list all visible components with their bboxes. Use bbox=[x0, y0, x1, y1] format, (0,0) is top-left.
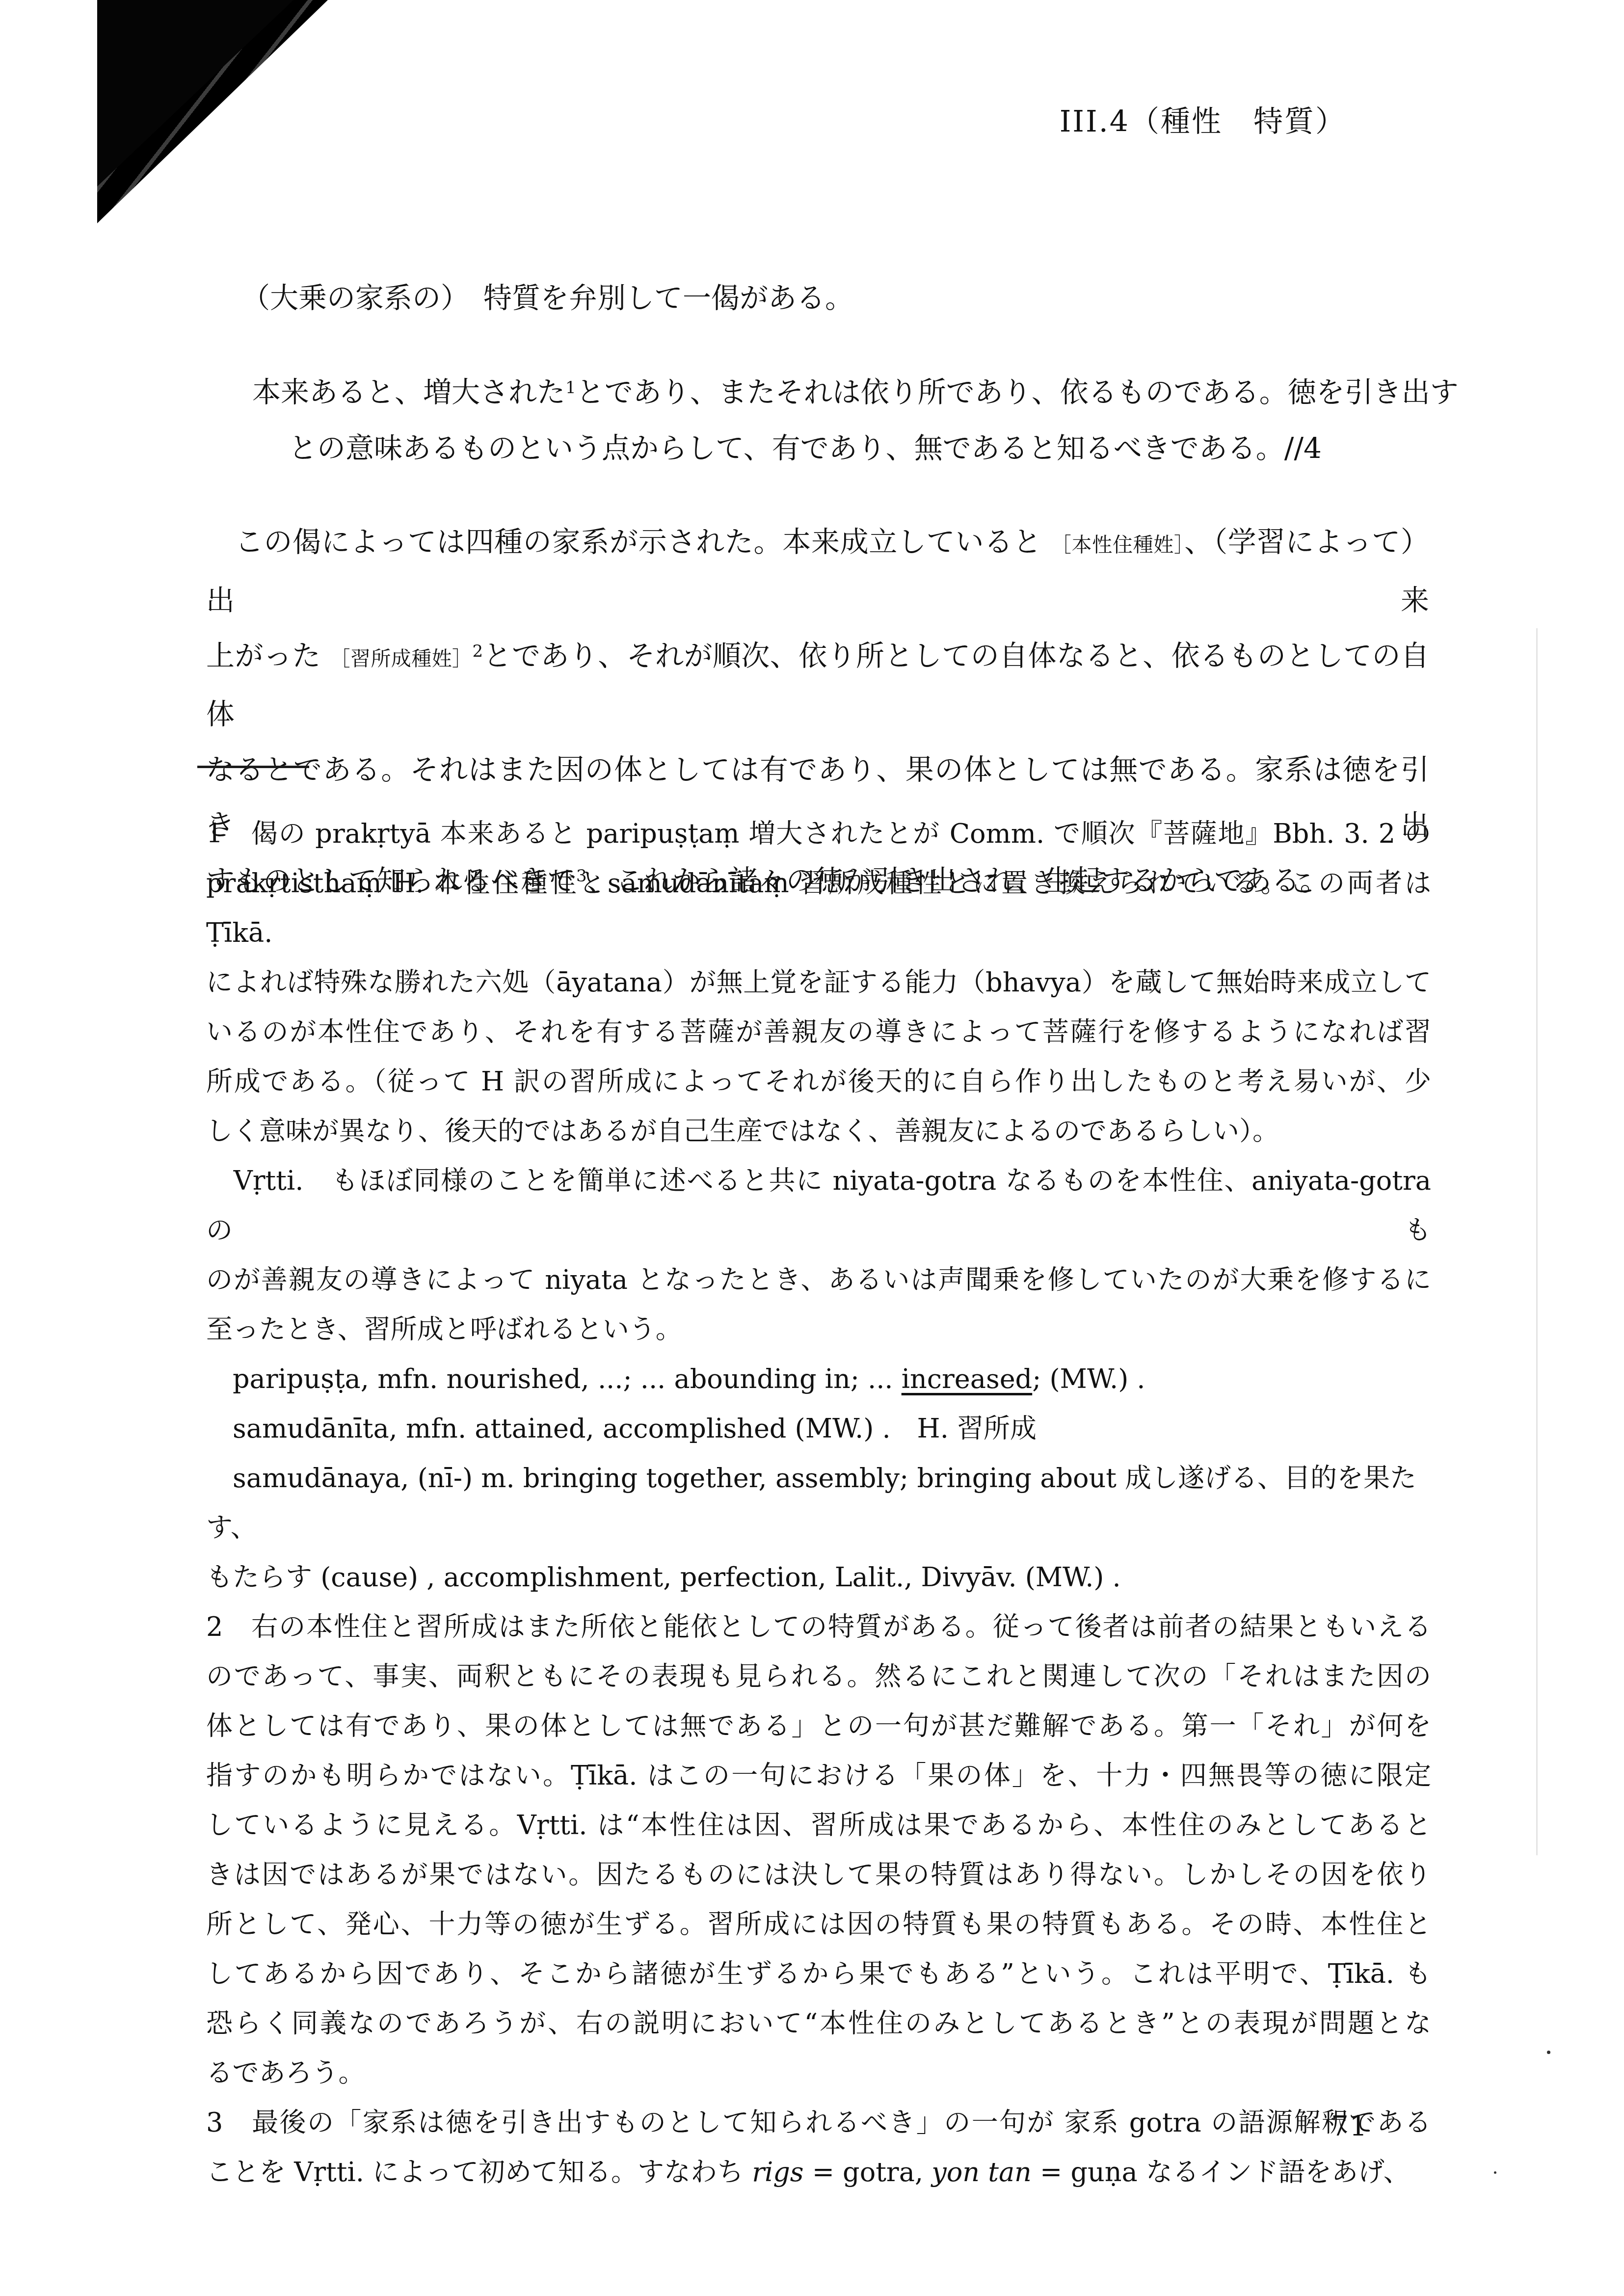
footnote1-line-2: prakṛtisthaṃ H. 本性住種性とsamudānītaṃ 習所成種性と… bbox=[206, 858, 1431, 958]
page-crease-line bbox=[1536, 628, 1538, 1855]
dictionary-entry-text: paripuṣṭa, mfn. nourished, ...; ... abou… bbox=[206, 1363, 902, 1394]
scan-corner-artifact-core bbox=[97, 0, 293, 187]
footnote3-line-2: ことを Vṛtti. によって初めて知る。すなわち rigs = gotra, … bbox=[206, 2147, 1431, 2197]
tibetan-term-yon-tan: yon tan bbox=[932, 2157, 1032, 2188]
verse-line-2: との意味あるものという点からして、有であり、無であると知るべきである。//4 bbox=[289, 425, 1322, 466]
footnotes-block: 1 偈の prakṛtyā 本来あると paripuṣṭaṃ 増大されたとが C… bbox=[206, 809, 1431, 2197]
footnote-ref-1: 1 bbox=[565, 378, 576, 398]
footnote1-line-8: のが善親友の導きによって niyata となったとき、あるいは声聞乗を修していた… bbox=[206, 1255, 1431, 1305]
footnote2-line-3: 体としては有であり、果の体としては無である」との一句が甚だ難解である。第一「それ… bbox=[206, 1701, 1431, 1751]
footnote-separator-rule bbox=[197, 766, 309, 768]
footnote2-line-6: きは因ではあるが果ではない。因たるものには決して果の特質はあり得ない。しかしその… bbox=[206, 1850, 1431, 1899]
footnote1-line-12: samudānaya, (nī-) m. bringing together, … bbox=[206, 1453, 1431, 1552]
underlined-gloss-increased: increased bbox=[902, 1363, 1033, 1394]
main-paragraph-line-1: この偈によっては四種の家系が示された。本来成立していると ［本性住種姓］、（学習… bbox=[206, 514, 1429, 628]
footnote2-line-8: してあるから因であり、そこから諸徳が生ずるから果でもある”という。これは平明で、… bbox=[206, 1949, 1431, 1999]
verse-line-1-text-cont: とであり、またそれは依り所であり、依るものである。徳を引き出す bbox=[576, 375, 1459, 409]
footnote1-line-11: samudānīta, mfn. attained, accomplished … bbox=[206, 1404, 1431, 1453]
footnote2-line-9: 恐らく同義なのであろうが、右の説明において“本性住のみとしてあるとき”との表現が… bbox=[206, 1999, 1431, 2048]
intro-sentence: （大乗の家系の） 特質を弁別して一偈がある。 bbox=[241, 275, 853, 316]
footnote1-line-5: 所成である。（従って H 訳の習所成によってそれが後天的に自ら作り出したものと考… bbox=[206, 1057, 1431, 1106]
footnote1-line-3: によれば特殊な勝れた六処（āyatana）が無上覚を証する能力（bhavya）を… bbox=[206, 958, 1431, 1007]
footnote2-line-2: のであって、事実、両釈ともにその表現も見られる。然るにこれと関連して次の「それは… bbox=[206, 1652, 1431, 1701]
footnote2-line-10: るであろう。 bbox=[206, 2048, 1431, 2098]
scan-speck bbox=[1547, 2051, 1550, 2054]
paragraph-text: この偈によっては四種の家系が示された。本来成立していると bbox=[206, 525, 1051, 559]
verse-line-1-text: 本来あると、増大された bbox=[252, 375, 565, 409]
footnote3-line-1: 3 最後の「家系は徳を引き出すものとして知られるべき」の一句が 家系 gotra… bbox=[206, 2098, 1431, 2147]
footnote1-line-7: Vṛtti. もほぼ同様のことを簡単に述べると共に niyata-gotra な… bbox=[206, 1156, 1431, 1255]
footnote2-line-5: しているように見える。Vṛtti. は“本性住は因、習所成は果であるから、本性住… bbox=[206, 1800, 1431, 1850]
paragraph-text: 上がった bbox=[206, 639, 330, 672]
footnote2-line-7: 所として、発心、十力等の徳が生ずる。習所成には因の特質も果の特質もある。その時、… bbox=[206, 1899, 1431, 1949]
footnote1-line-6: しく意味が異なり、後天的ではあるが自己生産ではなく、善親友によるのであるらしい）… bbox=[206, 1106, 1431, 1156]
footnote2-line-4: 指すのかも明らかではない。Ṭīkā. はこの一句における「果の体」を、十力・四無… bbox=[206, 1751, 1431, 1800]
scanned-document-page: III.4（種性 特質） （大乗の家系の） 特質を弁別して一偈がある。 本来ある… bbox=[0, 0, 1624, 2296]
footnote-text: = gotra, bbox=[804, 2157, 932, 2188]
footnote1-line-4: いるのが本性住であり、それを有する菩薩が善親友の導きによって菩薩行を修するように… bbox=[206, 1007, 1431, 1057]
main-paragraph-line-2: 上がった ［習所成種姓］2とであり、それが順次、依り所としての自体なると、依るも… bbox=[206, 628, 1429, 742]
footnote-ref-2: 2 bbox=[473, 641, 483, 661]
verse-line-1: 本来あると、増大された1とであり、またそれは依り所であり、依るものである。徳を引… bbox=[252, 369, 1459, 410]
footnote1-line-1: 1 偈の prakṛtyā 本来あると paripuṣṭaṃ 増大されたとが C… bbox=[206, 809, 1431, 858]
bracket-term-honshoju: ［本性住種姓］ bbox=[1051, 533, 1184, 557]
bracket-term-shushojo: ［習所成種姓］ bbox=[330, 647, 473, 670]
footnote1-line-10: paripuṣṭa, mfn. nourished, ...; ... abou… bbox=[206, 1354, 1431, 1404]
tibetan-term-rigs: rigs bbox=[752, 2157, 803, 2188]
scan-speck bbox=[1494, 2171, 1496, 2174]
dictionary-entry-text: ; (MW.) . bbox=[1032, 1363, 1145, 1394]
page-number: 71 bbox=[1331, 2110, 1368, 2142]
footnote-text: = guṇa なるインド語をあげ、 bbox=[1032, 2157, 1410, 2188]
footnote-text: ことを Vṛtti. によって初めて知る。すなわち bbox=[206, 2157, 752, 2188]
running-header: III.4（種性 特質） bbox=[1060, 98, 1346, 140]
footnote1-line-13: もたらす (cause) , accomplishment, perfectio… bbox=[206, 1552, 1431, 1602]
footnote1-line-9: 至ったとき、習所成と呼ばれるという。 bbox=[206, 1305, 1431, 1354]
footnote2-line-1: 2 右の本性住と習所成はまた所依と能依としての特質がある。従って後者は前者の結果… bbox=[206, 1602, 1431, 1652]
